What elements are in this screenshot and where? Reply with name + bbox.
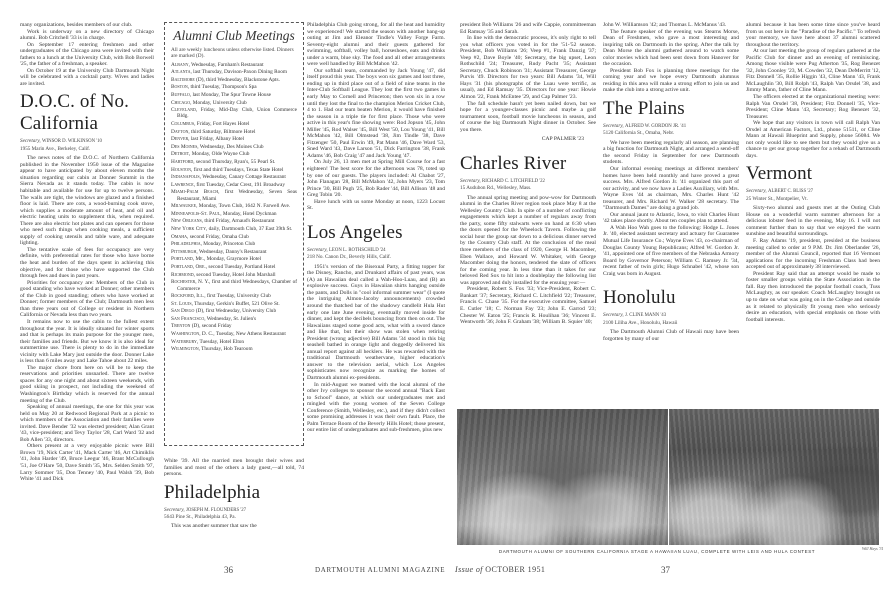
paragraph: Priorities for occupancy are: Members of…: [20, 280, 154, 319]
paragraph: President, Robert S. Fox '33; Vice-Presi…: [460, 286, 596, 325]
meeting-item: Des Moines, Wednesday, Des Moines Club: [171, 144, 297, 150]
paragraph: The annual spring meeting and pow-wow fo…: [460, 195, 596, 287]
meeting-detail: first Tuesday, University Club: [207, 293, 271, 299]
meeting-city: Wilmington,: [171, 346, 200, 352]
paragraph: Our annual jaunt to Atlantic, Iowa, to v…: [603, 212, 739, 225]
meeting-city: Waterbury,: [171, 339, 198, 345]
box-title: Alumni Club Meetings: [171, 28, 297, 44]
paragraph: On October 19 at the University Club Dar…: [20, 68, 154, 88]
meeting-detail: (D), second Friday: [192, 323, 232, 329]
meeting-item: Portland, Ore., second Tuesday, Portland…: [171, 264, 297, 270]
section-heading-philadelphia: Philadelphia: [164, 482, 304, 504]
photo-caption: DARTMOUTH ALUMNI OF SOUTHERN CALIFORNIA …: [457, 549, 857, 554]
meeting-city: Philadelphia,: [171, 241, 202, 247]
meeting-city: Chicago,: [171, 100, 191, 106]
paragraph: This was another summer that saw the: [164, 523, 304, 530]
meeting-item: Omaha, second Friday, Omaha Club: [171, 234, 297, 240]
paragraph: John W. Williamson '42; and Thomas L. Mc…: [603, 22, 739, 29]
meeting-detail: Thursday, Hob Tearoom: [201, 346, 252, 352]
meeting-item: Minneapolis-St. Paul, Monday, Hotel Dyck…: [171, 211, 297, 217]
meeting-detail: Monday, University Club: [193, 100, 247, 106]
section-heading-vermont: Vermont: [746, 163, 880, 185]
meeting-item: New Orleans, third Friday, Arnaud's Rest…: [171, 218, 297, 224]
meeting-city: Columbus,: [171, 121, 195, 127]
secretary-label: Secretary,: [603, 312, 624, 318]
section-heading-the-plains: The Plains: [603, 98, 739, 120]
alumni-club-meetings-box: Alumni Club Meetings All are weekly lunc…: [164, 22, 304, 446]
meeting-city: San Francisco,: [171, 316, 206, 322]
meeting-detail: Wednesday, Des Moines Club: [200, 144, 264, 150]
meeting-item: Philadelphia, Monday, Princeton Club: [171, 241, 297, 247]
meeting-detail: Monday, Hotel Dyckman: [223, 211, 277, 217]
column-1: many organizations, besides members of o…: [20, 22, 154, 483]
paragraph: The news notes of the D.O.C. of Northern…: [20, 155, 154, 247]
meeting-item: Houston, first and third Tuesdays, Texas…: [171, 167, 297, 173]
meeting-detail: Monday, Princeton Club: [203, 241, 255, 247]
issue-prefix: Issue of: [455, 565, 483, 574]
photo-panel-right: [669, 409, 880, 545]
meeting-detail: first and third Tuesdays, Texas State Ho…: [194, 167, 284, 173]
secretary-label: Secretary,: [307, 247, 328, 253]
meeting-city: Rochester, N. Y.,: [171, 279, 210, 285]
column-5: John W. Williamson '42; and Thomas L. Mc…: [603, 22, 739, 342]
paragraph: We hope that any visitors in town will c…: [746, 120, 880, 159]
meeting-city: Rockford, Ill.,: [171, 293, 206, 299]
meeting-item: Indianapolis, Wednesday, Canary Cottage …: [171, 174, 297, 180]
secretary-label: Secretary,: [164, 507, 185, 513]
paragraph: Others present at a very enjoyable picni…: [20, 443, 154, 482]
photo-panel-left: [457, 409, 668, 545]
paragraph: president Bob Williams '26 and wife Capp…: [460, 22, 596, 35]
meeting-item: Washington, D. C., Tuesday, New Athens R…: [171, 331, 297, 337]
secretary-info: Secretary, ALFRED W. GORDON JR. '41 5120…: [603, 123, 739, 137]
secretary-address: 25 Winter St., Montpelier, Vt.: [746, 196, 880, 202]
column-3: Philadelphia Club going strong, for all …: [307, 22, 445, 434]
meeting-city: Miami-Palm Beach,: [171, 189, 219, 195]
meeting-detail: Tuesday, Hotel Elton: [199, 339, 244, 345]
paragraph: F. Ray Adams '19, president, presided at…: [746, 238, 880, 271]
meeting-city: Pittsburgh,: [171, 249, 198, 255]
meeting-city: St. Louis,: [171, 301, 193, 307]
paragraph: Have lunch with us some Monday at noon, …: [307, 199, 445, 212]
meeting-city: Baltimore: [171, 77, 195, 83]
paragraph: The major chore from here on will be to …: [20, 365, 154, 404]
meeting-item: Boston, third Tuesday, Thompson's Spa: [171, 84, 297, 90]
paragraph: It remains now to use the cabin to the f…: [20, 319, 154, 365]
meeting-item: St. Louis, Thursday, Gerkin's Buffet, 52…: [171, 301, 297, 307]
paragraph: The officers elected at the organization…: [746, 94, 880, 120]
meeting-detail: Wednesday, St. Julien's: [207, 316, 256, 322]
paragraph: In mid-August we teamed with the local a…: [307, 382, 445, 434]
meeting-city: Cleveland,: [171, 107, 197, 113]
box-intro: All are weekly luncheons unless otherwis…: [171, 47, 297, 60]
meeting-item: Atlanta, last Thursday, Davison-Paxon Di…: [171, 69, 297, 75]
secretary-info: Secretary, RICHARD C. LITCHFIELD '22 15 …: [460, 178, 596, 192]
meeting-city: Trenton: [171, 323, 190, 329]
issue-date: OCTOBER 1951: [485, 565, 545, 574]
meeting-detail: first Tuesday, Cedar Crest, 191 Broadway: [196, 182, 285, 188]
secretary-address: 5643 Pine St., Philadelphia 43, Pa.: [164, 514, 304, 520]
secretary-name: RICHARD C. LITCHFIELD '22: [482, 179, 545, 184]
meeting-detail: Wednesday, Canary Cottage Restaurant: [202, 174, 286, 180]
secretary-address: 1955 Marin Ave., Berkeley, Calif.: [20, 146, 154, 152]
meeting-city: Hartford,: [171, 159, 195, 165]
column-2-lower: White '39. All the married men brought t…: [164, 458, 304, 530]
paragraph: White '39. All the married men brought t…: [164, 458, 304, 478]
meeting-city: Washington, D. C.,: [171, 331, 215, 337]
meeting-item: Richmond, second Tuesday, Hotel John Mar…: [171, 272, 297, 278]
column-6: alumni because it has been some time sin…: [746, 22, 880, 323]
meeting-item: Baltimore (D), third Wednesday, Blacksto…: [171, 77, 297, 83]
meeting-city: Dayton,: [171, 129, 190, 135]
meeting-item: Chicago, Monday, University Club: [171, 100, 297, 106]
meeting-city: Denver,: [171, 136, 189, 142]
meeting-detail: third Friday, Arnaud's Restaurant: [204, 218, 274, 224]
section-heading-honolulu: Honolulu: [603, 287, 739, 309]
meeting-detail: Thursday, Gerkin's Buffet, 521 Olive St.: [194, 301, 280, 307]
meeting-item: Trenton (D), second Friday: [171, 323, 297, 329]
secretary-address: 2100 Liliha Ave., Honolulu, Hawaii: [603, 320, 739, 326]
meeting-detail: Wednesday, Farnham's Restaurant: [191, 62, 263, 68]
meeting-city: Houston,: [171, 167, 192, 173]
secretary-name: WINSOR D. WILKINSON '10: [42, 139, 102, 144]
paragraph: We have been meeting regularly all seaso…: [603, 140, 739, 166]
meeting-item: Hartford, second Thursday, Ryan's, 55 Pe…: [171, 159, 297, 165]
paragraph: A Wah Hoo Wah goes to the following: Hod…: [603, 225, 739, 277]
paragraph: Our softball team, commanded by Jack You…: [307, 68, 445, 160]
paragraph: On September 17 entering freshmen and ot…: [20, 42, 154, 68]
paragraph: Our informal evening meetings at differe…: [603, 166, 739, 212]
meeting-detail: third Saturday, Biltmore Hotel: [191, 129, 255, 135]
meeting-item: Columbus, Friday, Fort Hayes Hotel: [171, 121, 297, 127]
section-heading-charles-river: Charles River: [460, 153, 596, 175]
paragraph: Work is underway on a new directory of C…: [20, 29, 154, 42]
secretary-label: Secretary,: [20, 138, 41, 144]
meeting-detail: second Thursday, Ryan's, 55 Pearl St.: [196, 159, 275, 165]
paragraph: Speaking of annual meetings, the one for…: [20, 404, 154, 443]
meeting-item: Milwaukee, Monday, Town Club, 1642 N. Fa…: [171, 203, 297, 209]
paragraph: 1951's version of the Bisexual Party, a …: [307, 264, 445, 382]
meeting-item: Detroit, Monday, Olde Wayne Club: [171, 151, 297, 157]
paragraph: On July 26, 13 men met at Spring Mill Co…: [307, 159, 445, 198]
meeting-city: San Diego: [171, 308, 194, 314]
secretary-name: LEON L. ROTHSCHILD '24: [329, 248, 386, 253]
meeting-item: San Diego (D), first Wednesday, Universi…: [171, 308, 297, 314]
meeting-city: Indianapolis,: [171, 174, 201, 180]
paragraph: The Dartmouth Alumni Club of Hawaii may …: [603, 329, 739, 342]
section-heading-doc-no-california: D.O.C. of No. California: [20, 91, 154, 135]
meeting-city: Portland, Me.,: [171, 256, 205, 262]
paragraph: At our last meeting the group of regular…: [746, 48, 880, 94]
meeting-city: Portland, Ore.,: [171, 264, 207, 270]
meetings-list: Albany, Wednesday, Farnham's RestaurantA…: [171, 62, 297, 353]
meeting-item: Rockford, Ill., first Tuesday, Universit…: [171, 293, 297, 299]
meeting-item: Denver, last Friday, Albany Hotel: [171, 136, 297, 142]
secretary-name: ALFRED W. GORDON JR. '41: [625, 124, 686, 129]
meeting-city: New York City,: [171, 226, 207, 232]
meeting-item: Pittsburgh, Wednesday, Danny's Restauran…: [171, 249, 297, 255]
paragraph: In line with the democratic process, it'…: [460, 35, 596, 100]
meeting-detail: third Tuesday, Thompson's Spa: [190, 84, 256, 90]
meeting-item: Buffalo, last Monday, The Spur Towne Hou…: [171, 92, 297, 98]
meeting-item: Miami-Palm Beach, first Wednesday, Seven…: [171, 189, 297, 202]
paragraph: Sixty-two alumni and guests met at the O…: [746, 205, 880, 238]
paragraph: The tentative scale of fees for occupanc…: [20, 247, 154, 280]
column-4: president Bob Williams '26 and wife Capp…: [460, 22, 596, 326]
magazine-footer: DARTMOUTH ALUMNI MAGAZINE: [315, 566, 445, 574]
meeting-detail: (D), third Wednesday, Blackstone Apts.: [196, 77, 280, 83]
meeting-city: Detroit,: [171, 151, 190, 157]
secretary-address: 15 Audubon Rd., Wellesley, Mass.: [460, 185, 596, 191]
meeting-detail: Monday, Graymore Hotel: [207, 256, 262, 262]
meeting-detail: Monday, Town Club, 1642 N. Farwell Ave.: [199, 203, 290, 209]
paragraph: The fall schedule hasn't yet been nailed…: [460, 101, 596, 134]
meeting-detail: last Thursday, Davison-Paxon Dining Room: [193, 69, 287, 75]
meeting-detail: (D), first Wednesday, University Club: [196, 308, 276, 314]
luau-photograph: [457, 409, 879, 545]
meeting-item: Lawrence, first Tuesday, Cedar Crest, 19…: [171, 182, 297, 188]
paragraph: President Ray said that an attempt would…: [746, 271, 880, 323]
meeting-city: Omaha,: [171, 234, 188, 240]
meeting-city: Buffalo,: [171, 92, 191, 98]
paragraph: alumni because it has been some time sin…: [746, 22, 880, 48]
secretary-name: ALBERT C. BLISS '27: [768, 189, 813, 194]
secretary-address: 5120 California St., Omaha, Nebr.: [603, 130, 739, 136]
page-number-left: 36: [224, 565, 233, 575]
secretary-name: JOSEPH M. FLOUNDERS '27: [186, 508, 246, 513]
secretary-name: J. CLINE MANN '43: [625, 313, 666, 318]
meeting-detail: Friday, Fort Hayes Hotel: [197, 121, 250, 127]
meeting-item: New York City, daily, Dartmouth Club, 37…: [171, 226, 297, 232]
meeting-detail: daily, Dartmouth Club, 37 East 39th St.: [209, 226, 293, 232]
meeting-detail: second Tuesday, Portland Hotel: [208, 264, 275, 270]
meeting-item: Portland, Me., Monday, Graymore Hotel: [171, 256, 297, 262]
paragraph: President Bob Fox is planning three meet…: [603, 68, 739, 94]
meeting-item: Wilmington, Thursday, Hob Tearoom: [171, 346, 297, 352]
meeting-city: Des Moines,: [171, 144, 199, 150]
meeting-detail: Tuesday, New Athens Restaurant: [216, 331, 286, 337]
meeting-city: Boston,: [171, 84, 189, 90]
meeting-city: Lawrence,: [171, 182, 195, 188]
meeting-detail: Wednesday, Danny's Restaurant: [199, 249, 267, 255]
signature: CAP PALMER '23: [460, 136, 596, 143]
paragraph: The feature speaker of the evening was S…: [603, 29, 739, 68]
meeting-detail: last Monday, The Spur Towne House: [192, 92, 271, 98]
meeting-city: Minneapolis-St. Paul,: [171, 211, 222, 217]
meeting-city: Albany,: [171, 62, 190, 68]
paragraph: Philadelphia Club going strong, for all …: [307, 22, 445, 68]
photo-credit: Will Hays '31: [862, 546, 884, 551]
secretary-label: Secretary,: [460, 178, 481, 184]
secretary-info: Secretary, WINSOR D. WILKINSON '10 1955 …: [20, 138, 154, 152]
meeting-item: Waterbury, Tuesday, Hotel Elton: [171, 339, 297, 345]
secretary-info: Secretary, ALBERT C. BLISS '27 25 Winter…: [746, 188, 880, 202]
meeting-city: Atlanta,: [171, 69, 192, 75]
meeting-city: Richmond,: [171, 272, 195, 278]
meeting-item: Albany, Wednesday, Farnham's Restaurant: [171, 62, 297, 68]
secretary-address: 218 No. Canon Dr., Beverly Hills, Calif.: [307, 254, 445, 260]
secretary-info: Secretary, JOSEPH M. FLOUNDERS '27 5643 …: [164, 507, 304, 521]
meeting-city: Milwaukee,: [171, 203, 197, 209]
meeting-item: Cleveland, Friday, Mid-Day Club, Union C…: [171, 107, 297, 120]
meeting-item: Rochester, N. Y., first and third Wednes…: [171, 279, 297, 292]
section-heading-los-angeles: Los Angeles: [307, 222, 445, 244]
meeting-detail: last Friday, Albany Hotel: [191, 136, 244, 142]
issue-footer: Issue of OCTOBER 1951: [455, 565, 545, 574]
meeting-detail: Monday, Olde Wayne Club: [192, 151, 250, 157]
secretary-info: Secretary, J. CLINE MANN '43 2100 Liliha…: [603, 312, 739, 326]
meeting-item: Dayton, third Saturday, Biltmore Hotel: [171, 129, 297, 135]
secretary-label: Secretary,: [746, 188, 767, 194]
meeting-city: New Orleans,: [171, 218, 203, 224]
secretary-info: Secretary, LEON L. ROTHSCHILD '24 218 No…: [307, 247, 445, 261]
meeting-detail: second Friday, Omaha Club: [190, 234, 249, 240]
meeting-item: San Francisco, Wednesday, St. Julien's: [171, 316, 297, 322]
meeting-detail: second Tuesday, Hotel John Marshall: [196, 272, 275, 278]
page-number-right: 37: [661, 565, 670, 575]
secretary-label: Secretary,: [603, 123, 624, 129]
